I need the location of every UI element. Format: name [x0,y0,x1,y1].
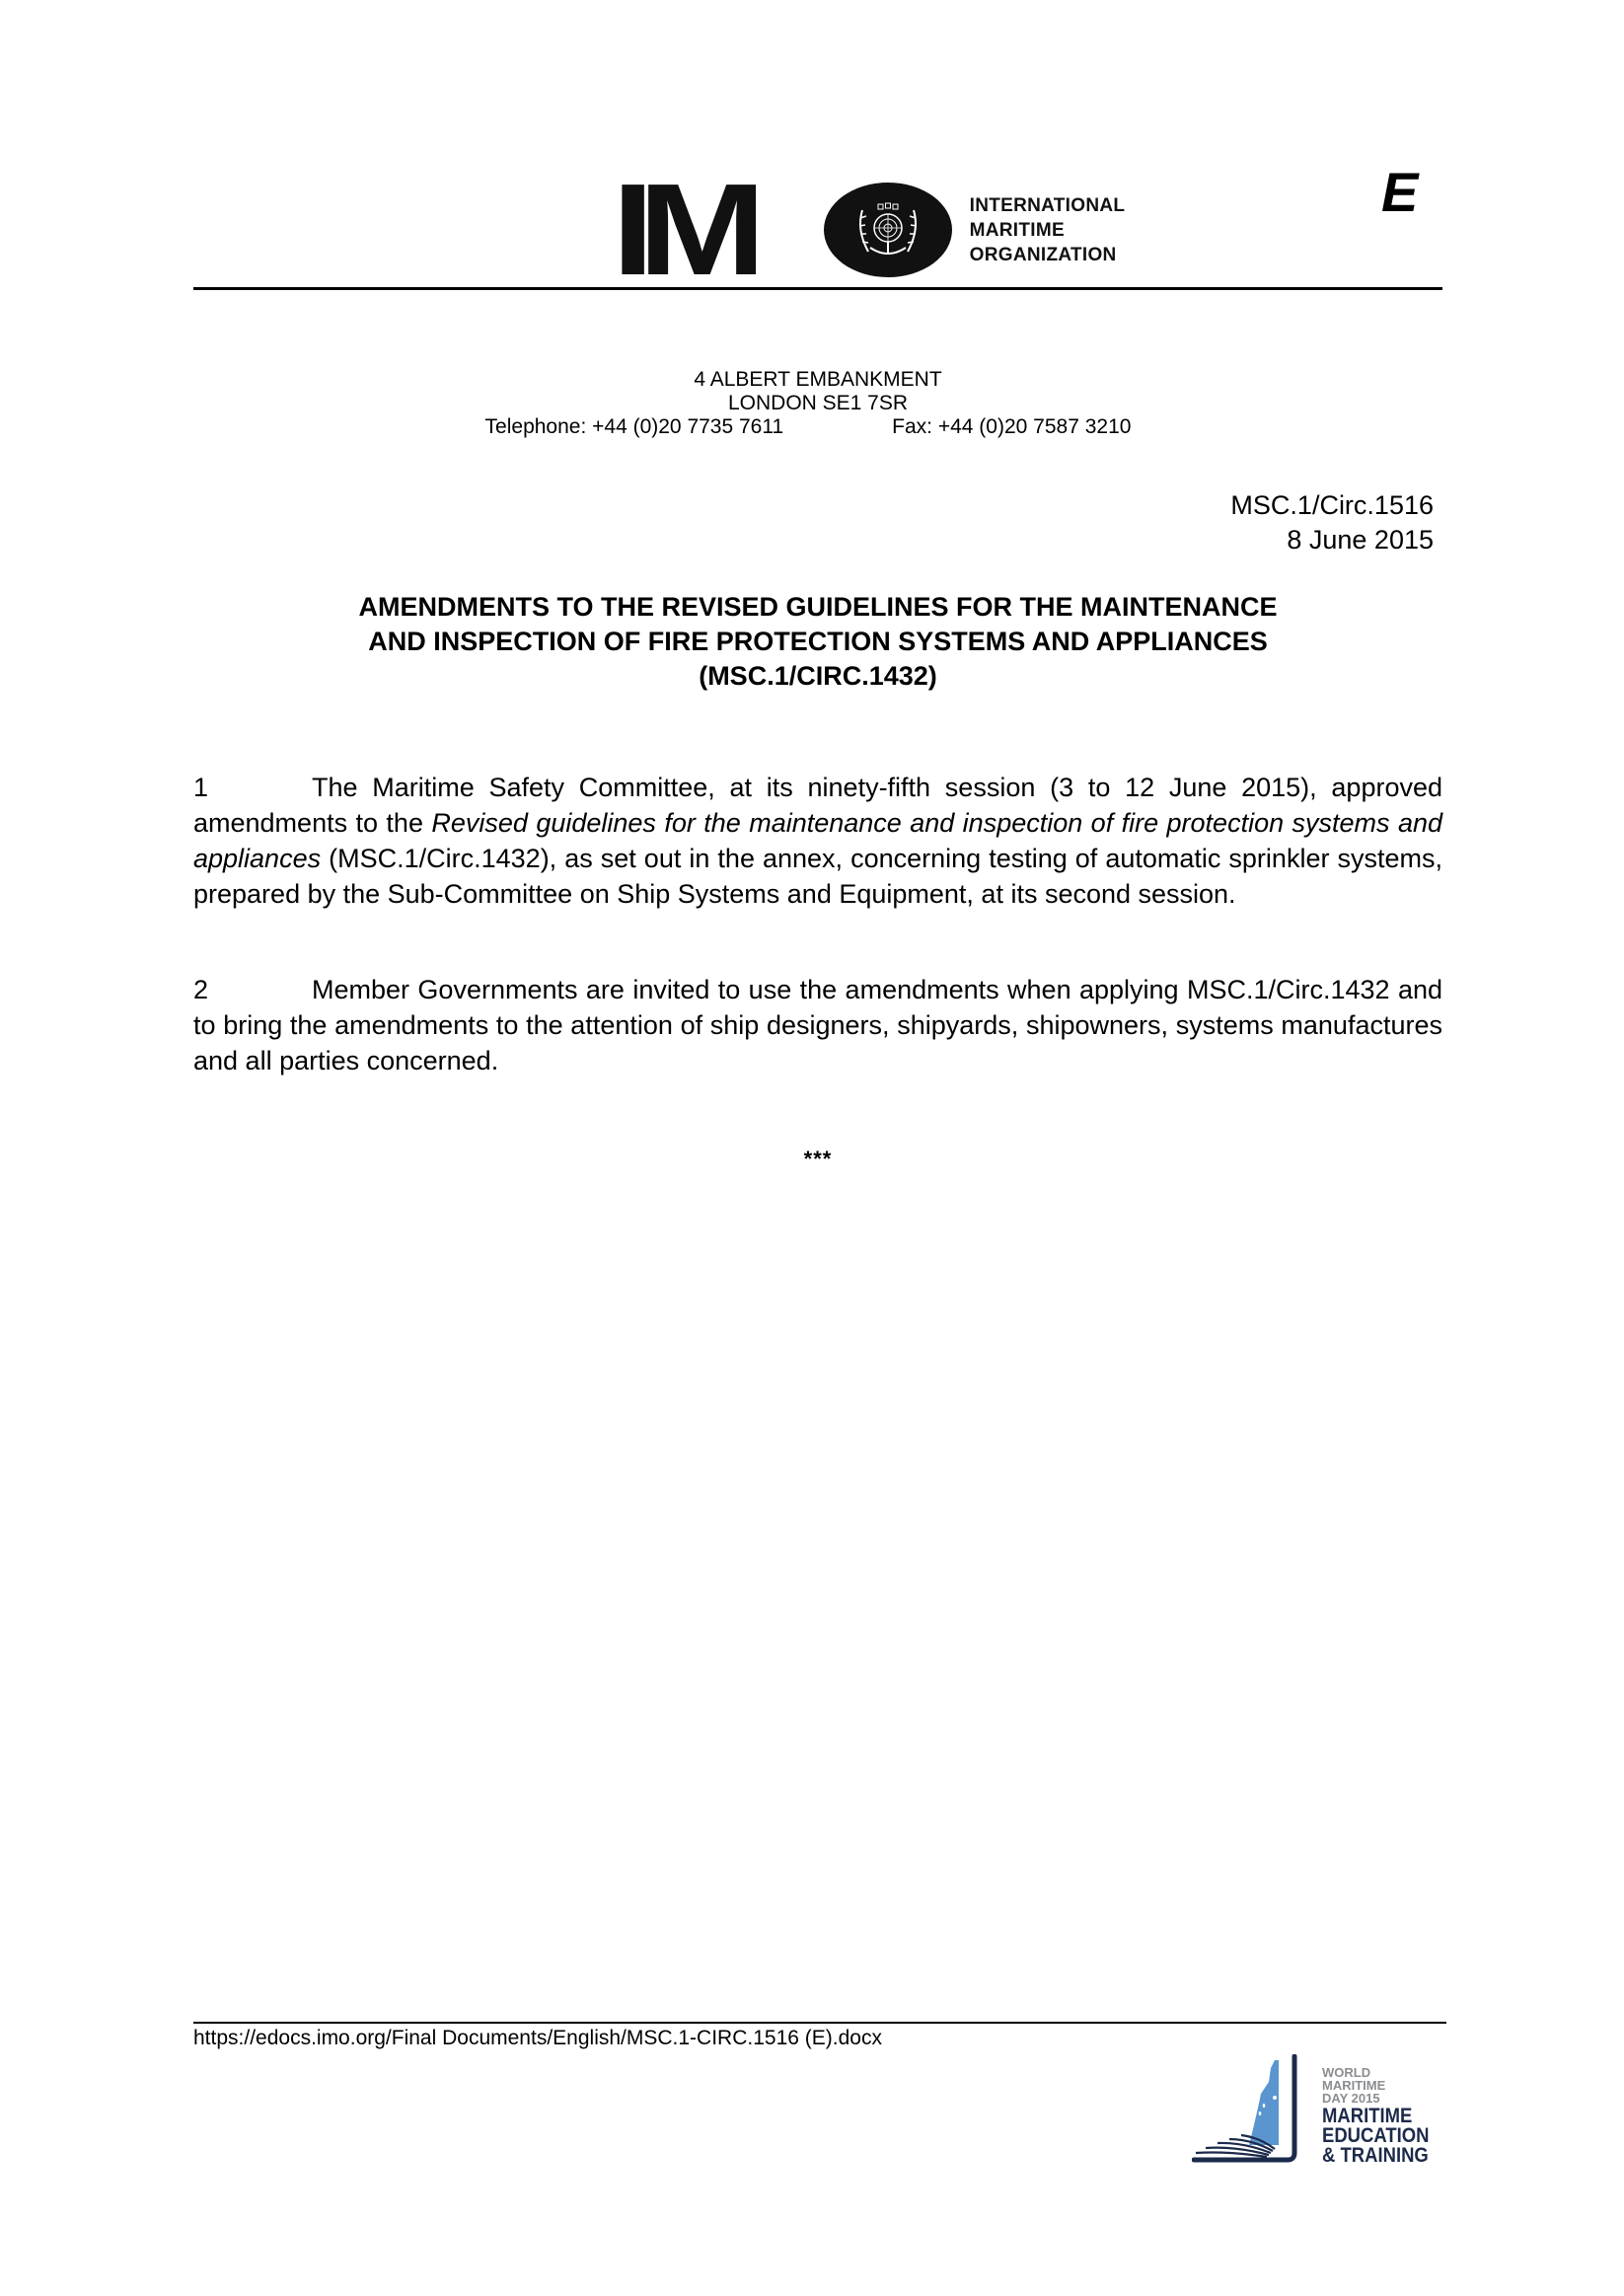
contact-line: Telephone: +44 (0)20 7735 7611Fax: +44 (… [193,415,1442,439]
paragraph-number: 1 [193,770,312,805]
ship-book-icon [1192,2054,1320,2163]
fax: Fax: +44 (0)20 7587 3210 [892,415,1131,438]
campaign-theme-line: & TRAINING [1322,2146,1429,2166]
paragraph-text-continued: (MSC.1/Circ.1432), as set out in the ann… [193,844,1442,909]
paragraph-number: 2 [193,972,312,1007]
campaign-subtitle: WORLD MARITIME DAY 2015 [1322,2066,1443,2105]
campaign-theme-line: EDUCATION [1322,2126,1429,2146]
campaign-text: WORLD MARITIME DAY 2015 MARITIME EDUCATI… [1322,2066,1443,2166]
address-line-1: 4 ALBERT EMBANKMENT [193,368,1442,392]
paragraph-text: Member Governments are invited to use th… [193,975,1442,1075]
imo-organization-name: INTERNATIONAL MARITIME ORGANIZATION [970,193,1126,267]
campaign-theme: MARITIME EDUCATION & TRAINING [1322,2107,1429,2166]
address-block: 4 ALBERT EMBANKMENT LONDON SE1 7SR Telep… [193,368,1442,439]
document-reference: MSC.1/Circ.1516 8 June 2015 [1085,488,1434,557]
org-name-line: ORGANIZATION [970,243,1126,267]
campaign-subtitle-line: DAY 2015 [1322,2092,1443,2105]
language-code: E [1381,158,1418,227]
org-name-line: MARITIME [970,218,1126,243]
campaign-theme-line: MARITIME [1322,2107,1429,2126]
paragraph-2: 2Member Governments are invited to use t… [193,972,1442,1078]
document-title: AMENDMENTS TO THE REVISED GUIDELINES FOR… [193,590,1442,694]
imo-logo-letters: IM [612,181,729,279]
header-divider [193,287,1442,290]
document-path: https://edocs.imo.org/Final Documents/En… [193,2026,882,2051]
title-line-2: AND INSPECTION OF FIRE PROTECTION SYSTEM… [193,625,1442,659]
address-line-2: LONDON SE1 7SR [193,392,1442,415]
paragraph-1: 1The Maritime Safety Committee, at its n… [193,770,1442,912]
title-line-3: (MSC.1/CIRC.1432) [193,659,1442,694]
org-name-line: INTERNATIONAL [970,193,1126,218]
imo-logo: IM INTERNATIONAL MARITIME ORGANIZATION [612,181,1125,279]
document-date: 8 June 2015 [1085,523,1434,557]
end-separator: *** [193,1147,1442,1172]
un-imo-emblem-icon [824,183,952,277]
imo-logo-wordmark: IM [612,181,750,279]
footer-divider [193,2022,1446,2024]
telephone: Telephone: +44 (0)20 7735 7611 [485,415,784,438]
emblem-graphic [849,190,927,269]
document-symbol: MSC.1/Circ.1516 [1085,488,1434,523]
title-line-1: AMENDMENTS TO THE REVISED GUIDELINES FOR… [193,590,1442,625]
world-maritime-day-logo: WORLD MARITIME DAY 2015 MARITIME EDUCATI… [1192,2054,1448,2163]
